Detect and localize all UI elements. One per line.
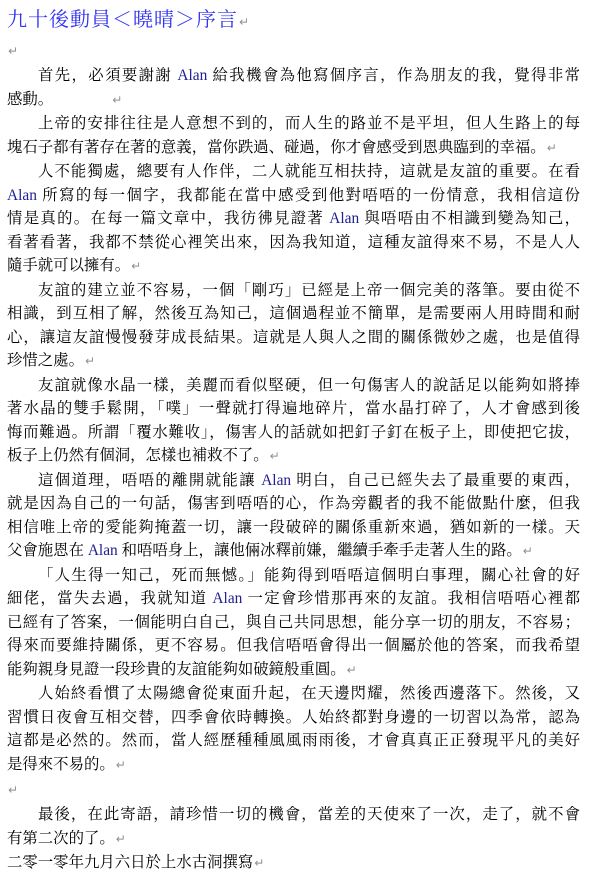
text-line: 心，讓這友誼慢慢發芽成長結果。這就是人與人之間的關係微妙之處，也是值得 [7, 326, 580, 350]
paragraph: 人不能獨處，總要有人作伴，二人就能互相扶持，這就是友誼的重要。在看Alan 所寫… [7, 160, 580, 279]
text-run: 這個道理，唔唔的離開就能讓 [38, 472, 256, 489]
text-line: 首先，必須要謝謝 Alan 給我機會為他寫個序言，作為朋友的我，覺得非常 [7, 64, 580, 88]
text-run: 友誼就像水晶一樣，美麗而看似堅硬，但一句傷害人的說話足以能夠如將捧 [38, 377, 580, 394]
paragraph: 「人生得一知己，死而無憾。」能夠得到唔唔這個明白事理，關心社會的好細佬，當失去過… [7, 564, 580, 683]
text-line: 塊石子都有著存在著的意義，當你跌過、碰過，你才會感受到恩典臨到的幸福。↵ [7, 136, 580, 161]
text-line: 板子上仍然有個洞，怎樣也補救不了。↵ [7, 444, 580, 469]
text-line: 感動。↵ [7, 88, 580, 113]
text-run: 友誼的建立並不容易，一個「剛巧」已經是上帝一個完美的落筆。要由從不 [38, 282, 580, 299]
paragraph-mark-icon: ↵ [522, 544, 533, 558]
paragraph: 首先，必須要謝謝 Alan 給我機會為他寫個序言，作為朋友的我，覺得非常感動。↵ [7, 64, 580, 112]
paragraph-mark-icon: ↵ [546, 141, 557, 155]
text-run: 給我機會為他寫個序言，作為朋友的我，覺得非常 [213, 67, 580, 84]
text-line: 友誼的建立並不容易，一個「剛巧」已經是上帝一個完美的落筆。要由從不 [7, 279, 580, 303]
paragraph-mark-icon: ↵ [346, 663, 357, 677]
text-line: 相識，到互相了解，然後互為知己，這個過程並不簡單，是需要兩人用時間和耐 [7, 302, 580, 326]
text-line: 悔而難過。所謂「覆水難收」，傷害人的話就如把釘子釘在板子上，即使把它拔， [7, 421, 580, 445]
paragraph-mark-icon: ↵ [7, 783, 18, 797]
document-body: ↵首先，必須要謝謝 Alan 給我機會為他寫個序言，作為朋友的我，覺得非常感動。… [7, 38, 580, 876]
text-line: 已經有了答案，一個能明白自己，與自己共同思想，能分享一切的朋友，不容易； [7, 611, 580, 635]
text-line: ↵ [7, 38, 580, 64]
paragraph: 二零一零年九月六日於上水古洞撰寫↵ [7, 851, 580, 876]
text-run: 首先，必須要謝謝 [38, 67, 172, 84]
text-line: 這都是必然的。然而，當人經歷種種風風雨雨後，才會真真正正發現平凡的美好 [7, 729, 580, 753]
text-run: 悔而難過。所謂「覆水難收」，傷害人的話就如把釘子釘在板子上，即使把它拔， [7, 424, 580, 441]
text-run: 塊石子都有著存在著的意義，當你跌過、碰過，你才會感受到恩典臨到的幸福。 [7, 139, 546, 156]
text-run: 上帝的安排往往是人意想不到的，而人生的路並不是平坦，但人生路上的每 [38, 115, 580, 132]
english-name: Alan [207, 590, 247, 607]
text-run: 「人生得一知己，死而無憾。」能夠得到唔唔這個明白事理，關心社會的好 [38, 567, 580, 584]
paragraph-mark-icon: ↵ [269, 449, 280, 463]
text-run: 父會施恩在 [7, 542, 84, 559]
title-text: 九十後動員＜曉晴＞序言 [7, 9, 238, 31]
text-run: 板子上仍然有個洞，怎樣也補救不了。 [7, 447, 269, 464]
text-line: 習慣日夜會互相交替，四季會依時轉換。人始終都對身邊的一切習以為常，認為 [7, 706, 580, 730]
text-run: 得來而要維持關係，更不容易。但我信唔唔會得出一個屬於他的答案，而我希望 [7, 637, 580, 654]
text-run: 看著看著，我都不禁從心裡笑出來，因為我知道，這種友誼得來不易，不是人人 [7, 234, 580, 251]
english-name: Alan [84, 542, 122, 559]
text-run: 著水晶的雙手鬆開，「噗」一聲就打得遍地碎片，當水晶打碎了，人才會感到後 [7, 400, 580, 417]
text-run: 珍惜之處。 [7, 352, 84, 369]
english-name: Alan [324, 210, 364, 227]
text-run: 和唔唔身上，讓他倆冰釋前嫌，繼續手牽手走著人生的路。 [122, 542, 522, 559]
text-run: 這都是必然的。然而，當人經歷種種風風雨雨後，才會真真正正發現平凡的美好 [7, 732, 580, 749]
text-run: 細佬，當失去過，我就知道 [7, 590, 207, 607]
english-name: Alan [7, 187, 42, 204]
text-run: 有第二次的了。 [7, 830, 115, 847]
text-line: 看著看著，我都不禁從心裡笑出來，因為我知道，這種友誼得來不易，不是人人 [7, 231, 580, 255]
text-line: 有第二次的了。↵ [7, 827, 580, 852]
text-line: 珍惜之處。↵ [7, 349, 580, 374]
text-run: 相識，到互相了解，然後互為知己，這個過程並不簡單，是需要兩人用時間和耐 [7, 305, 580, 322]
text-line: 情是真的。在每一篇文章中，我彷彿見證著 Alan 與唔唔由不相識到變為知己， [7, 207, 580, 231]
english-name: Alan [256, 472, 296, 489]
text-line: 上帝的安排往往是人意想不到的，而人生的路並不是平坦，但人生路上的每 [7, 112, 580, 136]
paragraph-mark-icon: ↵ [253, 856, 264, 870]
text-run: 感動。 [7, 91, 53, 108]
text-run: 就是因為自己的一句話，傷害到唔唔的心，作為旁觀者的我不能做點什麼，但我 [7, 495, 580, 512]
english-name: Alan [172, 67, 212, 84]
text-run: 與唔唔由不相識到變為知己， [364, 210, 580, 227]
text-line: 是得來不易的。↵ [7, 753, 580, 778]
document-page: 九十後動員＜曉晴＞序言↵ ↵首先，必須要謝謝 Alan 給我機會為他寫個序言，作… [7, 5, 580, 876]
text-line: 相信唯上帝的愛能夠掩蓋一切，讓一段破碎的關係重新來過，猶如新的一樣。天 [7, 516, 580, 540]
paragraph: 最後，在此寄語，請珍惜一切的機會，當差的天使來了一次，走了，就不會有第二次的了。… [7, 803, 580, 851]
empty-paragraph: ↵ [7, 777, 580, 803]
paragraph-mark-icon: ↵ [7, 44, 18, 58]
text-line: 「人生得一知己，死而無憾。」能夠得到唔唔這個明白事理，關心社會的好 [7, 564, 580, 588]
paragraph-mark-icon: ↵ [130, 259, 141, 273]
text-run: 習慣日夜會互相交替，四季會依時轉換。人始終都對身邊的一切習以為常，認為 [7, 709, 580, 726]
paragraph-mark-icon: ↵ [84, 354, 95, 368]
text-line: 最後，在此寄語，請珍惜一切的機會，當差的天使來了一次，走了，就不會 [7, 803, 580, 827]
paragraph-mark-icon: ↵ [111, 93, 122, 107]
paragraph-mark-icon: ↵ [238, 15, 249, 29]
text-line: 二零一零年九月六日於上水古洞撰寫↵ [7, 851, 580, 876]
empty-paragraph: ↵ [7, 38, 580, 64]
paragraph: 友誼就像水晶一樣，美麗而看似堅硬，但一句傷害人的說話足以能夠如將捧著水晶的雙手鬆… [7, 374, 580, 469]
text-run: 心，讓這友誼慢慢發芽成長結果。這就是人與人之間的關係微妙之處，也是值得 [7, 329, 580, 346]
text-run: 人不能獨處，總要有人作伴，二人就能互相扶持，這就是友誼的重要。在看 [38, 163, 580, 180]
text-run: 情是真的。在每一篇文章中，我彷彿見證著 [7, 210, 324, 227]
text-line: 就是因為自己的一句話，傷害到唔唔的心，作為旁觀者的我不能做點什麼，但我 [7, 492, 580, 516]
text-line: 著水晶的雙手鬆開，「噗」一聲就打得遍地碎片，當水晶打碎了，人才會感到後 [7, 397, 580, 421]
text-line: 人始終看慣了太陽總會從東面升起，在天邊閃耀，然後西邊落下。然後，又 [7, 682, 580, 706]
paragraph-mark-icon: ↵ [115, 832, 126, 846]
text-line: 這個道理，唔唔的離開就能讓 Alan 明白，自己已經失去了最重要的東西， [7, 469, 580, 493]
text-run: 最後，在此寄語，請珍惜一切的機會，當差的天使來了一次，走了，就不會 [38, 806, 580, 823]
text-line: 友誼就像水晶一樣，美麗而看似堅硬，但一句傷害人的說話足以能夠如將捧 [7, 374, 580, 398]
text-line: Alan 所寫的每一個字，我都能在當中感受到他對唔唔的一份情意，我相信這份 [7, 184, 580, 208]
paragraph: 上帝的安排往往是人意想不到的，而人生的路並不是平坦，但人生路上的每塊石子都有著存… [7, 112, 580, 160]
text-run: 能夠親身見證一段珍貴的友誼能夠如破鏡般重圓。 [7, 661, 346, 678]
text-line: 人不能獨處，總要有人作伴，二人就能互相扶持，這就是友誼的重要。在看 [7, 160, 580, 184]
paragraph-mark-icon: ↵ [115, 758, 126, 772]
paragraph: 這個道理，唔唔的離開就能讓 Alan 明白，自己已經失去了最重要的東西，就是因為… [7, 469, 580, 564]
text-run: 一定會珍惜那再來的友誼。我相信唔唔心裡都 [248, 590, 580, 607]
page-title: 九十後動員＜曉晴＞序言↵ [7, 5, 580, 38]
text-run: 所寫的每一個字，我都能在當中感受到他對唔唔的一份情意，我相信這份 [42, 187, 580, 204]
paragraph: 人始終看慣了太陽總會從東面升起，在天邊閃耀，然後西邊落下。然後，又習慣日夜會互相… [7, 682, 580, 777]
text-run: 是得來不易的。 [7, 756, 115, 773]
text-line: ↵ [7, 777, 580, 803]
text-run: 二零一零年九月六日於上水古洞撰寫 [7, 854, 253, 871]
text-run: 隨手就可以擁有。 [7, 257, 130, 274]
text-run: 已經有了答案，一個能明白自己，與自己共同思想，能分享一切的朋友，不容易； [7, 614, 580, 631]
text-line: 隨手就可以擁有。↵ [7, 254, 580, 279]
text-run: 明白，自己已經失去了最重要的東西， [296, 472, 580, 489]
paragraph: 友誼的建立並不容易，一個「剛巧」已經是上帝一個完美的落筆。要由從不相識，到互相了… [7, 279, 580, 374]
text-run: 人始終看慣了太陽總會從東面升起，在天邊閃耀，然後西邊落下。然後，又 [38, 685, 580, 702]
text-run: 相信唯上帝的愛能夠掩蓋一切，讓一段破碎的關係重新來過，猶如新的一樣。天 [7, 519, 580, 536]
text-line: 得來而要維持關係，更不容易。但我信唔唔會得出一個屬於他的答案，而我希望 [7, 634, 580, 658]
text-line: 細佬，當失去過，我就知道 Alan 一定會珍惜那再來的友誼。我相信唔唔心裡都 [7, 587, 580, 611]
text-line: 父會施恩在 Alan 和唔唔身上，讓他倆冰釋前嫌，繼續手牽手走著人生的路。↵ [7, 539, 580, 564]
text-line: 能夠親身見證一段珍貴的友誼能夠如破鏡般重圓。↵ [7, 658, 580, 683]
